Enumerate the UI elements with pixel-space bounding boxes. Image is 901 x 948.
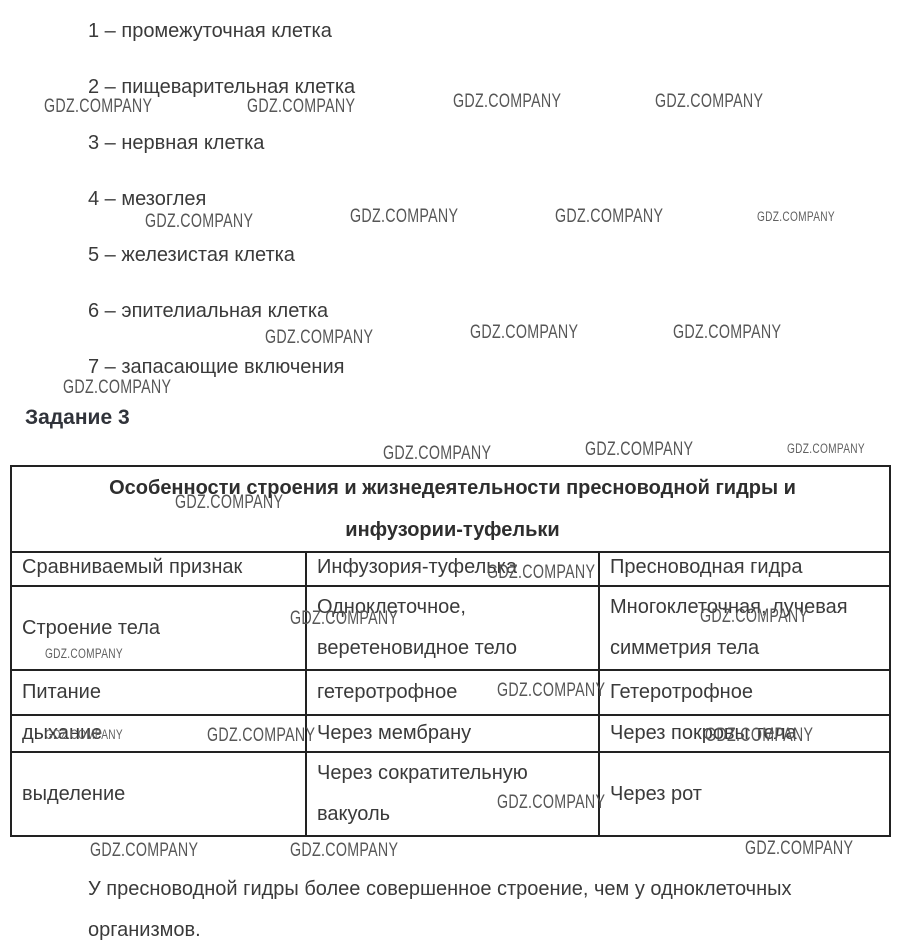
watermark-text: GDZ.COMPANY xyxy=(655,91,763,113)
cell-feature: дыхание xyxy=(11,715,306,752)
table-title-cell: Особенности строения и жизнедеятельности… xyxy=(11,466,890,552)
watermark-text: GDZ.COMPANY xyxy=(383,443,491,465)
task-heading: Задание 3 xyxy=(25,406,130,430)
watermark-text: GDZ.COMPANY xyxy=(63,377,171,399)
col-header-hydra: Пресноводная гидра xyxy=(599,552,890,586)
cell-line: Через сократительную xyxy=(317,753,592,794)
col-header-infusoria: Инфузория-туфелька xyxy=(306,552,599,586)
cell-hydra: Многоклеточная, лучевая симметрия тела xyxy=(599,586,890,670)
answer-item: 3 – нервная клетка xyxy=(88,132,264,154)
answer-item: 1 – промежуточная клетка xyxy=(88,20,332,42)
answer-item: 4 – мезоглея xyxy=(88,188,206,210)
watermark-text: GDZ.COMPANY xyxy=(265,327,373,349)
cell-feature: выделение xyxy=(11,752,306,836)
conclusion-line2: организмов. xyxy=(88,919,201,941)
table-title-row: Особенности строения и жизнедеятельности… xyxy=(11,466,890,552)
watermark-text: GDZ.COMPANY xyxy=(673,322,781,344)
watermark-text: GDZ.COMPANY xyxy=(470,322,578,344)
cell-infusoria: Через мембрану xyxy=(306,715,599,752)
watermark-text: GDZ.COMPANY xyxy=(757,209,835,224)
table-title-line1: Особенности строения и жизнедеятельности… xyxy=(22,467,883,509)
table-row-body-structure: Строение тела Одноклеточное, веретеновид… xyxy=(11,586,890,670)
cell-line: Одноклеточное, xyxy=(317,587,592,628)
watermark-text: GDZ.COMPANY xyxy=(555,206,663,228)
watermark-text: GDZ.COMPANY xyxy=(787,441,865,456)
cell-hydra: Гетеротрофное xyxy=(599,670,890,715)
cell-feature: Строение тела xyxy=(11,586,306,670)
conclusion-line1: У пресноводной гидры более совершенное с… xyxy=(88,878,792,900)
table-title-line2: инфузории-туфельки xyxy=(22,509,883,551)
watermark-text: GDZ.COMPANY xyxy=(247,96,355,118)
table-row-nutrition: Питание гетеротрофное Гетеротрофное xyxy=(11,670,890,715)
table-row-breathing: дыхание Через мембрану Через покровы тел… xyxy=(11,715,890,752)
table-row-excretion: выделение Через сократительную вакуоль Ч… xyxy=(11,752,890,836)
cell-hydra: Через покровы тела xyxy=(599,715,890,752)
comparison-table: Особенности строения и жизнедеятельности… xyxy=(10,465,891,837)
watermark-text: GDZ.COMPANY xyxy=(585,439,693,461)
watermark-text: GDZ.COMPANY xyxy=(290,840,398,862)
cell-feature: Питание xyxy=(11,670,306,715)
cell-infusoria: Одноклеточное, веретеновидное тело xyxy=(306,586,599,670)
answer-item: 6 – эпителиальная клетка xyxy=(88,300,328,322)
cell-infusoria: Через сократительную вакуоль xyxy=(306,752,599,836)
answer-item: 5 – железистая клетка xyxy=(88,244,295,266)
watermark-text: GDZ.COMPANY xyxy=(90,840,198,862)
watermark-text: GDZ.COMPANY xyxy=(44,96,152,118)
answer-item: 7 – запасающие включения xyxy=(88,356,344,378)
cell-line: симметрия тела xyxy=(610,628,883,669)
watermark-text: GDZ.COMPANY xyxy=(350,206,458,228)
watermark-text: GDZ.COMPANY xyxy=(145,211,253,233)
table-header-row: Сравниваемый признак Инфузория-туфелька … xyxy=(11,552,890,586)
answer-item: 2 – пищеварительная клетка xyxy=(88,76,355,98)
watermark-text: GDZ.COMPANY xyxy=(745,838,853,860)
worksheet-page: 1 – промежуточная клетка2 – пищеваритель… xyxy=(0,0,901,948)
cell-line: веретеновидное тело xyxy=(317,628,592,669)
cell-line: вакуоль xyxy=(317,794,592,835)
cell-hydra: Через рот xyxy=(599,752,890,836)
cell-line: Многоклеточная, лучевая xyxy=(610,587,883,628)
cell-infusoria: гетеротрофное xyxy=(306,670,599,715)
conclusion-paragraph: У пресноводной гидры более совершенное с… xyxy=(88,869,792,948)
watermark-text: GDZ.COMPANY xyxy=(453,91,561,113)
col-header-feature: Сравниваемый признак xyxy=(11,552,306,586)
